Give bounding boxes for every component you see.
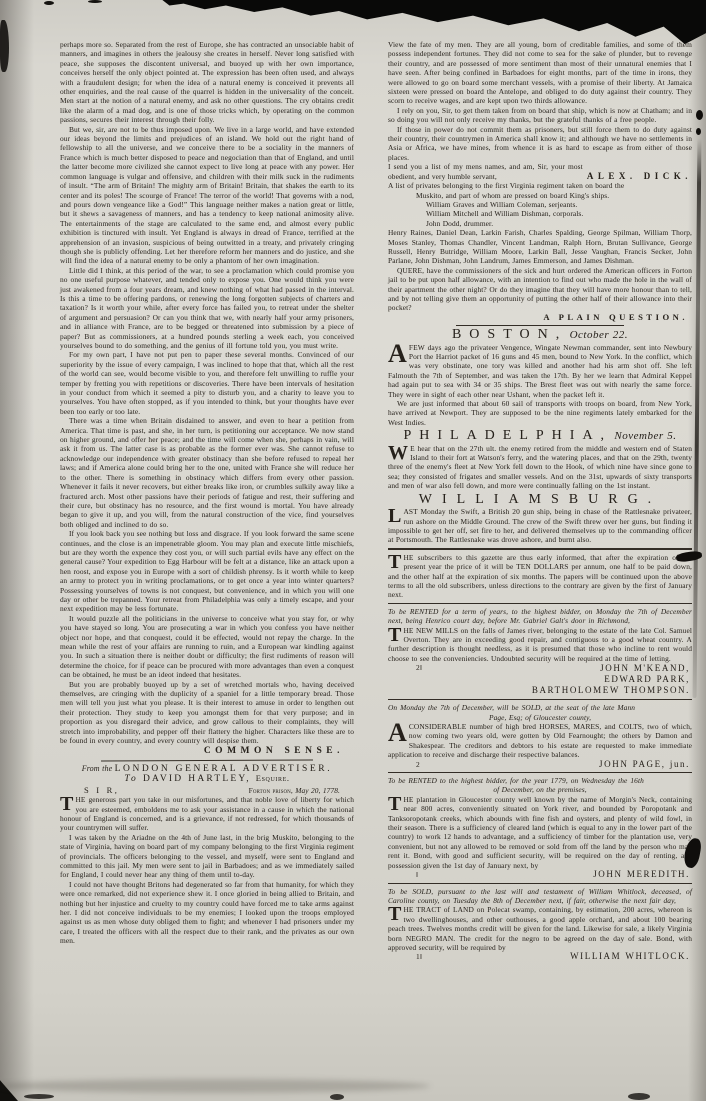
scan-smudge-bottom	[0, 1079, 430, 1093]
ink-blot	[696, 128, 701, 135]
hartley-heading: To DAVID HARTLEY, Esquire.	[60, 774, 354, 784]
letter-paragraph: THE generous part you take in our misfor…	[60, 795, 354, 833]
signature-name: JOHN PAGE, jun.	[599, 760, 690, 769]
dateline-date: May 20, 1778.	[295, 786, 340, 795]
boston-heading: BOSTON, October 22.	[388, 330, 692, 340]
williamsburg-paragraph: LAST Monday the Swift, a British 20 gun …	[388, 507, 692, 545]
plantation-ad-body: THE plantation in Gloucester county well…	[388, 795, 692, 870]
land-ad-body: THE TRACT of LAND on Polecat swamp, cont…	[388, 905, 692, 952]
plantation-ad-preamble-2: of December, on the premises,	[388, 785, 692, 794]
dropcap-letter: L	[388, 507, 403, 524]
salutation: S I R,	[84, 786, 119, 795]
scan-speck	[24, 1094, 54, 1099]
philadelphia-date: November 5.	[614, 430, 676, 442]
horses-ad-signature: 2 JOHN PAGE, jun.	[388, 760, 692, 769]
closing-text: I send you a list of my mens names, and …	[388, 162, 583, 181]
horses-ad-preamble: On Monday the 7th of December, will be S…	[388, 703, 692, 712]
mills-ad-signatures: 2‖ JOHN M'KEAND, EDWARD PARK, BARTHOLOME…	[388, 663, 692, 696]
subscribers-notice: THE subscribers to this gazette are thus…	[388, 553, 692, 600]
essay-paragraph: If you look back you see nothing but los…	[60, 529, 354, 614]
scan-speck	[88, 0, 102, 3]
horses-ad-preamble-2: Page, Esq; of Gloucester county,	[388, 713, 692, 722]
ad-marker: 2‖	[416, 663, 422, 672]
dropcap-letter: T	[388, 795, 403, 812]
ink-blot	[696, 110, 703, 120]
scan-speck	[330, 1094, 344, 1100]
signature-name: EDWARD PARK,	[532, 674, 690, 685]
scan-speck	[44, 1, 54, 5]
quere-paragraph: QUERE, have the commissioners of the sic…	[388, 266, 692, 313]
torn-edge-left	[0, 20, 9, 72]
boston-paragraph: AFEW days ago the privateer Vengence, Wi…	[388, 343, 692, 399]
dropcap-letter: W	[388, 444, 410, 461]
plantation-ad-signature: ‖ JOHN MEREDITH.	[388, 870, 692, 879]
ad-marker: 2	[416, 760, 420, 769]
letter-paragraph: I was taken by the Ariadne on the 4th of…	[60, 833, 354, 880]
signature-name: JOHN MEREDITH.	[593, 870, 690, 879]
signature-list: JOHN M'KEAND, EDWARD PARK, BARTHOLOMEW T…	[532, 663, 692, 696]
letter-paragraph: I could not have thought Britons had deg…	[60, 880, 354, 946]
section-rule	[388, 883, 692, 884]
page-columns: perhaps more so. Separated from the rest…	[60, 40, 692, 962]
privates-list-line: William Mitchell and William Dishman, co…	[388, 209, 692, 218]
boston-paragraph: We are just informed that about 60 sail …	[388, 399, 692, 427]
privates-list-line: John Dodd, drummer.	[388, 219, 692, 228]
mills-ad-preamble: To be RENTED for a term of years, to the…	[388, 607, 692, 626]
dropcap-letter: T	[388, 905, 403, 922]
essay-paragraph: There was a time when Britain disdained …	[60, 416, 354, 529]
privates-names-paragraph: Henry Raines, Daniel Dean, Larkin Farish…	[388, 228, 692, 266]
section-rule	[101, 759, 313, 761]
horses-ad-body: ACONSIDERABLE number of high bred HORSES…	[388, 722, 692, 760]
plantation-ad-preamble: To be RENTED to the highest bidder, for …	[388, 776, 692, 785]
philadelphia-title: PHILADELPHIA,	[403, 428, 612, 443]
page-gutter-shadow	[0, 0, 34, 1101]
section-rule	[388, 603, 692, 604]
essay-paragraph: It would puzzle all the politicians in t…	[60, 614, 354, 680]
column-right: View the fate of my men. They are all yo…	[388, 40, 692, 962]
mills-ad-body: THE NEW MILLS on the falls of James rive…	[388, 626, 692, 664]
dropcap-letter: A	[388, 722, 409, 743]
letter-paragraph: View the fate of my men. They are all yo…	[388, 40, 692, 106]
essay-paragraph: But you are probably buoyed up by a set …	[60, 680, 354, 746]
section-rule	[388, 772, 692, 773]
dropcap-letter: T	[388, 553, 403, 570]
hartley-esquire: Esquire.	[256, 773, 290, 783]
essay-paragraph: perhaps more so. Separated from the rest…	[60, 40, 354, 125]
section-rule	[388, 699, 692, 700]
scan-speck	[628, 1093, 650, 1100]
letter-paragraph: I rely on you, Sir, to get them taken fr…	[388, 106, 692, 125]
plain-question-signature: A PLAIN QUESTION.	[388, 313, 692, 322]
essay-paragraph: For my own part, I have not put pen to p…	[60, 350, 354, 416]
privates-list-line: William Graves and William Coleman, serj…	[388, 200, 692, 209]
boston-date: October 22.	[570, 329, 628, 341]
dateline-place-date: Forton prison, May 20, 1778.	[249, 786, 340, 795]
ad-marker: ‖	[416, 870, 418, 879]
williamsburg-heading: WILLIAMSBURG.	[388, 495, 692, 505]
dropcap-letter: T	[388, 626, 403, 643]
section-rule	[456, 325, 623, 326]
letter-closing: I send you a list of my mens names, and …	[388, 162, 692, 181]
philadelphia-paragraph: WE hear that on the 27th ult. the enemy …	[388, 444, 692, 491]
column-left: perhaps more so. Separated from the rest…	[60, 40, 354, 962]
philadelphia-heading: PHILADELPHIA, November 5.	[388, 431, 692, 441]
essay-paragraph: Little did I think, at this period of th…	[60, 266, 354, 351]
privates-list-intro: A list of privates belonging to the firs…	[388, 181, 692, 190]
letter-paragraph: If those in power do not commit them as …	[388, 125, 692, 163]
dropcap-letter: T	[60, 795, 75, 812]
williamsburg-title: WILLIAMSBURG.	[419, 492, 661, 507]
newspaper-page: perhaps more so. Separated from the rest…	[0, 0, 706, 1101]
land-ad-preamble: To be SOLD, pursuant to the last will an…	[388, 887, 692, 906]
alex-dick-signature: ALEX. DICK.	[587, 172, 692, 181]
dateline-place: Forton prison,	[249, 786, 293, 795]
signature-name: JOHN M'KEAND,	[532, 663, 690, 674]
dropcap-letter: A	[388, 343, 409, 364]
letter-dateline: S I R, Forton prison, May 20, 1778.	[60, 786, 354, 795]
advertiser-heading: From the LONDON GENERAL ADVERTISER.	[60, 764, 354, 774]
advertiser-heading-title: LONDON GENERAL ADVERTISER.	[115, 764, 333, 774]
signature-name: WILLIAM WHITLOCK.	[570, 952, 690, 961]
advertiser-heading-from: From the	[82, 764, 112, 773]
hartley-to: To	[124, 774, 138, 784]
essay-paragraph: But we, sir, are not to be thus imposed …	[60, 125, 354, 266]
land-ad-signature: 1‖ WILLIAM WHITLOCK.	[388, 952, 692, 961]
hartley-name: DAVID HARTLEY,	[143, 774, 251, 784]
signature-name: BARTHOLOMEW THOMPSON.	[532, 685, 690, 696]
privates-list-intro-2: Muskito, and part of whom are pressed on…	[388, 191, 692, 200]
section-rule	[388, 548, 692, 550]
common-sense-signature: COMMON SENSE.	[60, 747, 354, 756]
ad-marker: 1‖	[416, 952, 422, 961]
boston-title: BOSTON,	[452, 327, 567, 342]
